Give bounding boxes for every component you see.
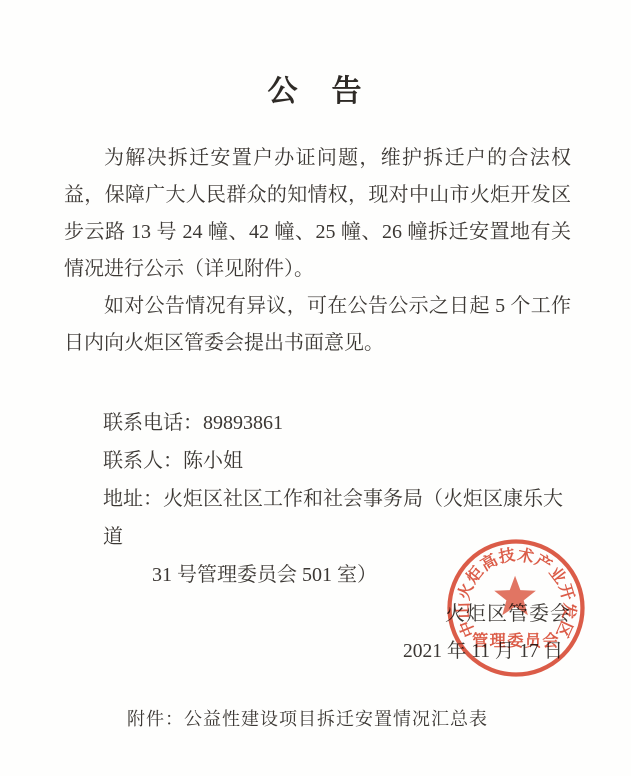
announcement-document: 公 告 为解决拆迁安置户办证问题，维护拆迁户的合法权益，保障广大人民群众的知情权…: [0, 0, 631, 776]
paragraph-objection-instructions: 如对公告情况有异议，可在公告公示之日起 5 个工作日内向火炬区管委会提出书面意见…: [64, 288, 571, 362]
issuer-signature: 火炬区管委会: [445, 597, 571, 626]
document-title: 公 告: [0, 66, 631, 110]
contact-phone-line: 联系电话：89893861: [103, 404, 571, 442]
paragraph-resettlement-notice: 为解决拆迁安置户办证问题，维护拆迁户的合法权益，保障广大人民群众的知情权，现对中…: [64, 140, 571, 288]
document-body: 为解决拆迁安置户办证问题，维护拆迁户的合法权益，保障广大人民群众的知情权，现对中…: [0, 140, 631, 594]
issue-date: 2021 年 11 月 17 日: [403, 635, 563, 663]
contact-address-line2: 31 号管理委员会 501 室）: [152, 556, 571, 594]
contact-block: 联系电话：89893861 联系人：陈小姐 地址：火炬区社区工作和社会事务局（火…: [103, 404, 571, 594]
contact-address-line1: 地址：火炬区社区工作和社会事务局（火炬区康乐大道: [103, 480, 571, 556]
contact-person-line: 联系人：陈小姐: [103, 442, 571, 480]
attachment-note: 附件：公益性建设项目拆迁安置情况汇总表: [127, 705, 488, 731]
